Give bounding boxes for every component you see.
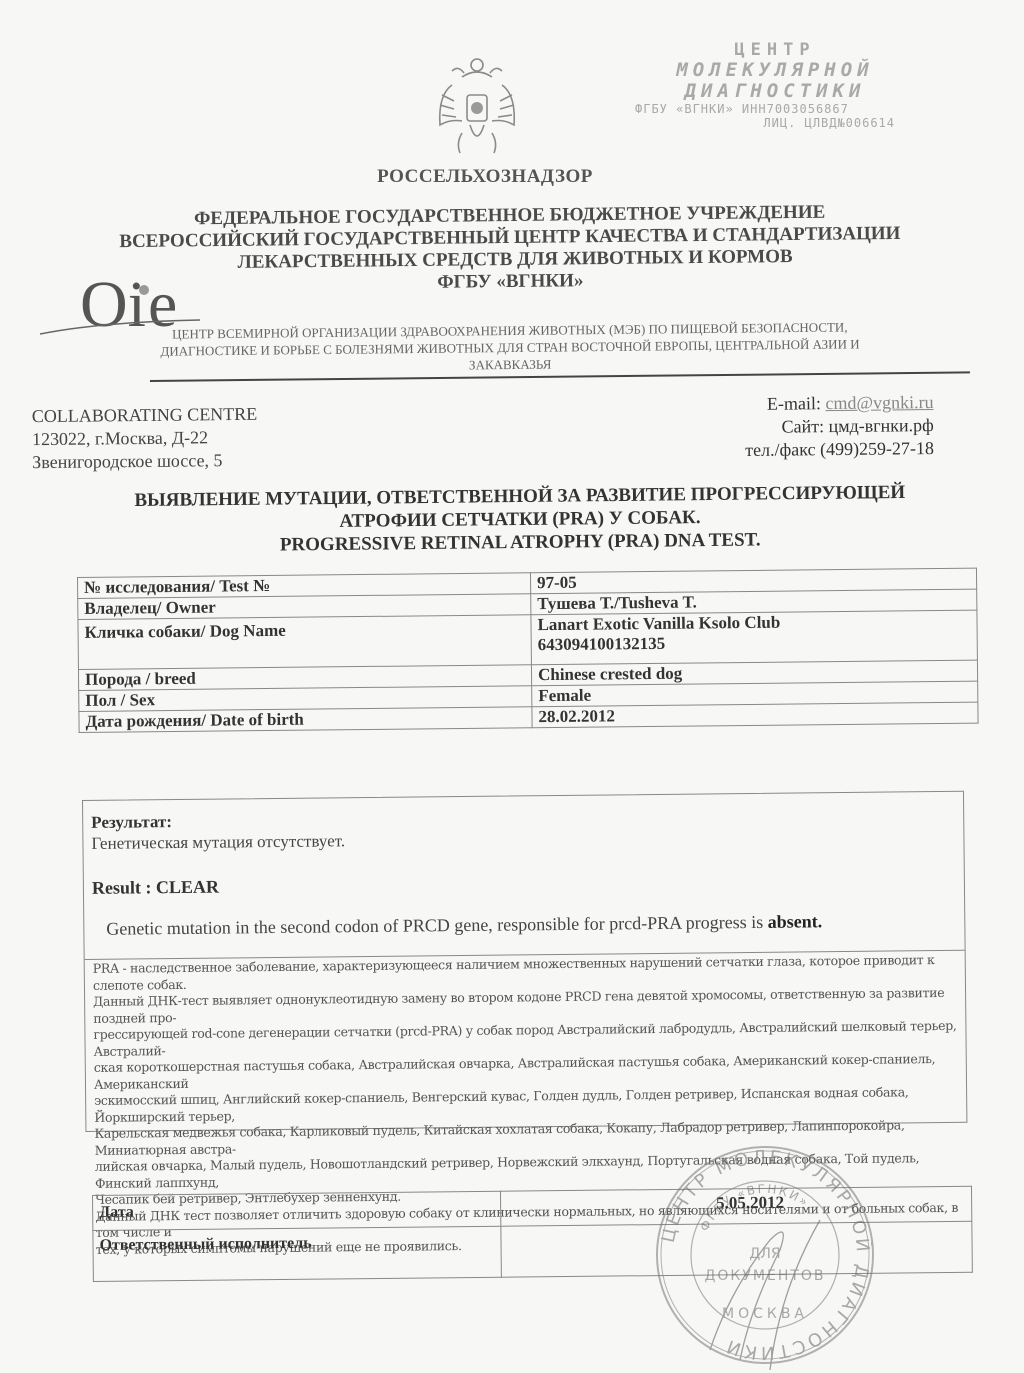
dob-value: 28.02.2012 (532, 702, 978, 728)
oie-centre-text: ЦЕНТР ВСЕМИРНОЙ ОРГАНИЗАЦИИ ЗДРАВООХРАНЕ… (60, 317, 960, 377)
dog-name-label: Кличка собаки/ Dog Name (78, 615, 531, 670)
signature-table: Дата 5.05.2012 Ответственный исполнитель (92, 1186, 973, 1282)
email-line: E-mail: cmd@vgnki.ru (745, 391, 934, 416)
stamp-line-5: ЛИЦ. ЦЛВД№006614 (600, 116, 920, 130)
collaborating-centre: COLLABORATING CENTRE (32, 403, 258, 428)
dob-label: Дата рождения/ Date of birth (79, 707, 532, 733)
result-desc-bold: absent. (768, 911, 823, 932)
responsible-label: Ответственный исполнитель (93, 1226, 502, 1281)
responsible-value (501, 1221, 973, 1277)
stamp-line-3: ДИАГНОСТИКИ (630, 81, 920, 102)
result-label-en: Result : CLEAR (92, 869, 956, 899)
agency-name: РОССЕЛЬХОЗНАДЗОР (0, 166, 970, 188)
result-desc-text: Genetic mutation in the second codon of … (106, 912, 768, 939)
center-stamp-header: ЦЕНТР МОЛЕКУЛЯРНОЙ ДИАГНОСТИКИ ФГБУ «ВГН… (600, 40, 920, 130)
result-box: Результат: Генетическая мутация отсутств… (82, 791, 967, 1132)
postal-address: 123022, г.Москва, Д-22 (32, 426, 258, 451)
date-label: Дата (93, 1191, 501, 1230)
date-value: 5.05.2012 (500, 1186, 971, 1226)
contact-block: E-mail: cmd@vgnki.ru Сайт: цмд-вгнки.рф … (745, 391, 934, 462)
result-description: Genetic mutation in the second codon of … (92, 910, 956, 940)
coat-of-arms-icon (432, 55, 522, 160)
seal-bottom: МОСКВА (722, 1306, 808, 1322)
address-left: COLLABORATING CENTRE 123022, г.Москва, Д… (32, 403, 258, 474)
phone-line: тел./факс (499)259-27-18 (745, 437, 934, 462)
site-line: Сайт: цмд-вгнки.рф (745, 414, 934, 439)
table-row: Ответственный исполнитель (93, 1221, 972, 1281)
stamp-line-2: МОЛЕКУЛЯРНОЙ (630, 60, 920, 81)
test-title: ВЫЯВЛЕНИЕ МУТАЦИИ, ОТВЕТСТВЕННОЙ ЗА РАЗВ… (60, 480, 981, 559)
email-label: E-mail: (767, 393, 826, 414)
stamp-line-4: ФГБУ «ВГНКИ» ИНН7003056867 (600, 102, 920, 116)
street-address: Звенигородское шоссе, 5 (32, 449, 258, 474)
stamp-line-1: ЦЕНТР (630, 40, 920, 60)
email-link[interactable]: cmd@vgnki.ru (826, 392, 934, 413)
dog-name-value: Lanart Exotic Vanilla Ksolo Club 6430941… (531, 610, 977, 665)
dog-chip-number: 643094100132135 (538, 631, 971, 656)
dog-info-table: № исследования/ Test № 97-05 Владелец/ O… (77, 568, 979, 733)
